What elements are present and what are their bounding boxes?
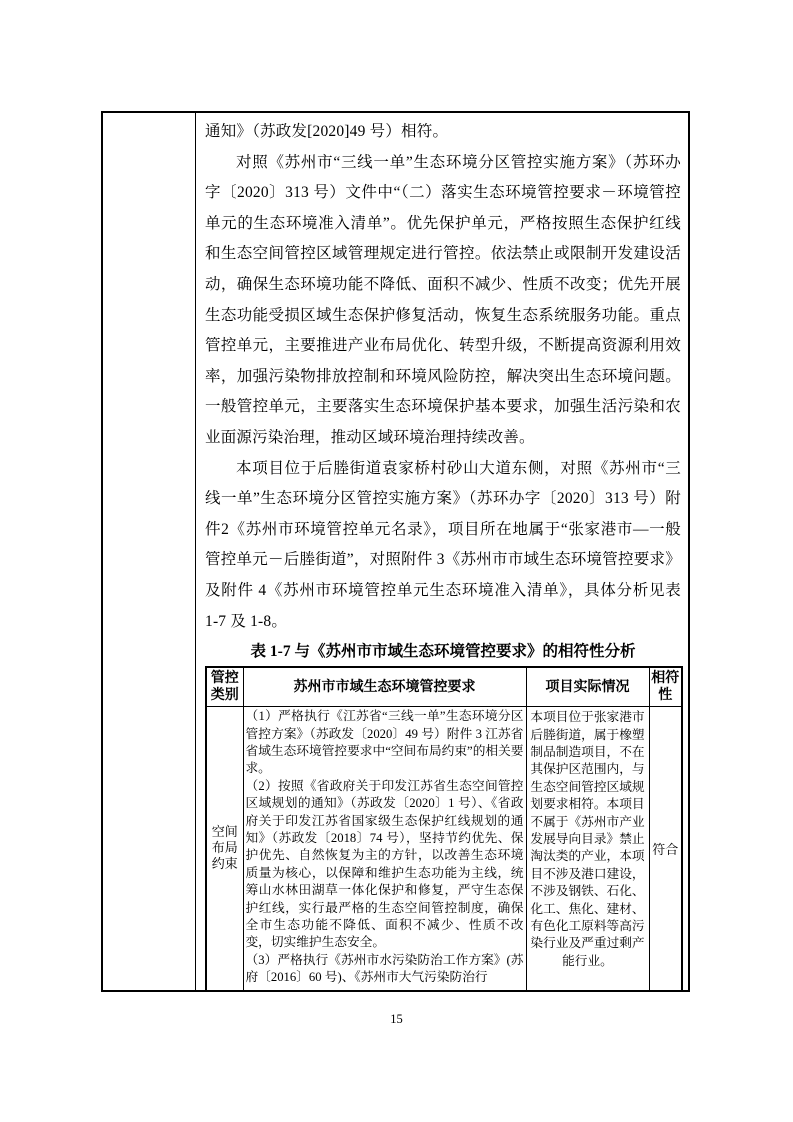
header-control-category: 管控类别	[206, 667, 243, 707]
cell-requirements: （1）严格执行《江苏省“三线一单”生态环境分区管控方案》（苏政发〔2020〕49…	[243, 707, 526, 990]
paragraph-policy-overview: 对照《苏州市“三线一单”生态环境分区管控实施方案》（苏环办字〔2020〕313 …	[205, 148, 681, 454]
paragraph-project-location: 本项目位于后塍街道袁家桥村砂山大道东侧，对照《苏州市“三线一单”生态环境分区管控…	[205, 454, 681, 638]
table-caption: 表 1-7 与《苏州市市域生态环境管控要求》的相符性分析	[205, 641, 681, 663]
left-label-cell	[103, 113, 196, 990]
header-project-actual: 项目实际情况	[526, 667, 649, 707]
header-conformity: 相符性	[649, 667, 682, 707]
content-cell: 通知》（苏政发[2020]49 号）相符。 对照《苏州市“三线一单”生态环境分区…	[196, 113, 688, 990]
table-header-row: 管控类别 苏州市市域生态环境管控要求 项目实际情况 相符性	[206, 667, 682, 707]
requirement-item-1: （1）严格执行《江苏省“三线一单”生态环境分区管控方案》（苏政发〔2020〕49…	[246, 708, 524, 778]
page-number: 15	[0, 1012, 793, 1027]
compliance-table: 管控类别 苏州市市域生态环境管控要求 项目实际情况 相符性 空间布局约束 （1）…	[205, 666, 683, 990]
cell-conformity: 符合	[649, 707, 682, 990]
cell-project-actual: 本项目位于张家港市后塍街道，属于橡塑制品制造项目，不在其保护区范围内，与生态空间…	[526, 707, 649, 990]
header-control-requirements: 苏州市市域生态环境管控要求	[243, 667, 526, 707]
table-row-spatial-layout: 空间布局约束 （1）严格执行《江苏省“三线一单”生态环境分区管控方案》（苏政发〔…	[206, 707, 682, 990]
paragraph-continuation: 通知》（苏政发[2020]49 号）相符。	[205, 117, 681, 148]
document-page: 通知》（苏政发[2020]49 号）相符。 对照《苏州市“三线一单”生态环境分区…	[0, 0, 793, 1122]
requirement-item-2: （2）按照《省政府关于印发江苏省生态空间管控区域规划的通知》（苏政发〔2020〕…	[246, 778, 524, 952]
requirement-item-3: （3）严格执行《苏州市水污染防治工作方案》(苏府〔2016〕60 号)、《苏州市…	[246, 952, 524, 987]
outer-table: 通知》（苏政发[2020]49 号）相符。 对照《苏州市“三线一单”生态环境分区…	[101, 111, 690, 992]
cell-category: 空间布局约束	[206, 707, 243, 990]
